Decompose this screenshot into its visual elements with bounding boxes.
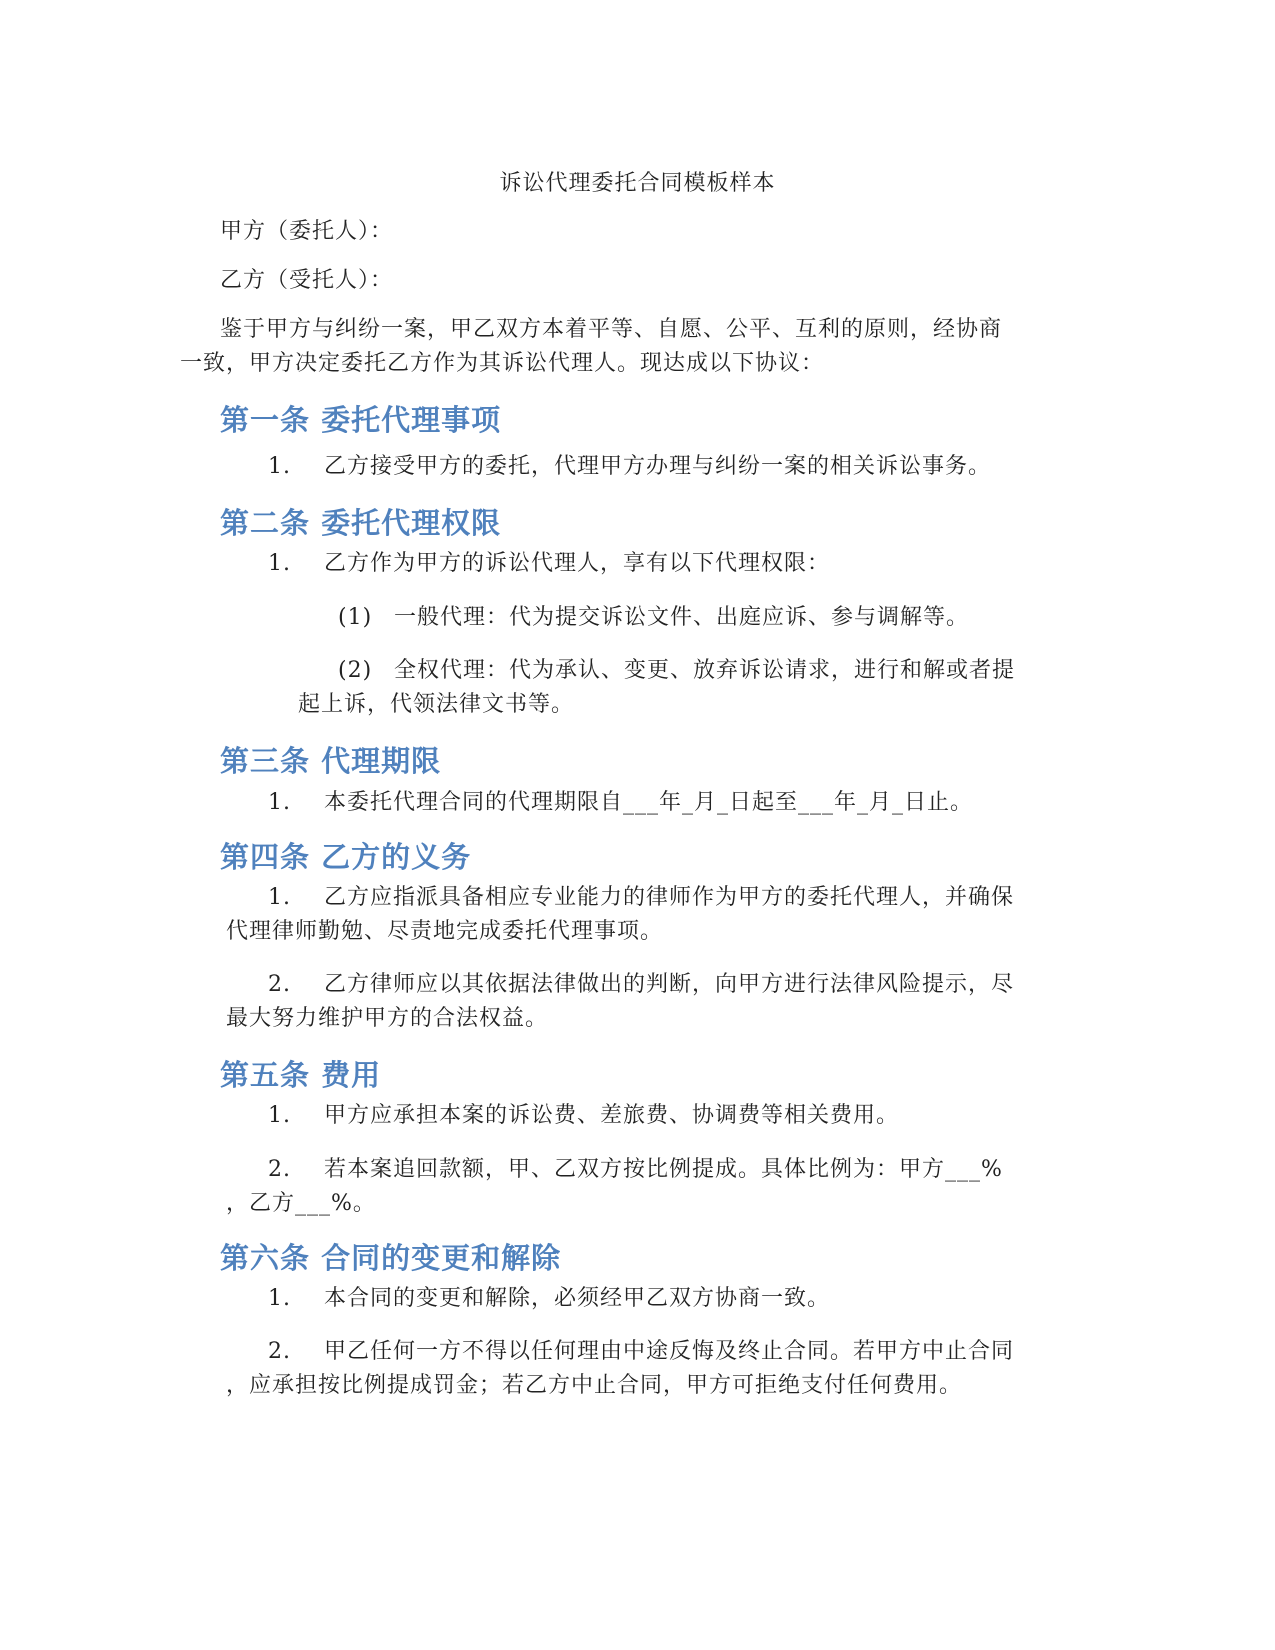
article-6-heading: 第六条 合同的变更和解除 xyxy=(220,1236,561,1277)
article-6-item-2: 2.甲乙任何一方不得以任何理由中途反悔及终止合同。若甲方中止合同 xyxy=(268,1334,1014,1365)
item-text: 乙方应指派具备相应专业能力的律师作为甲方的委托代理人，并确保 xyxy=(324,885,1014,910)
article-2-subitem-2-cont: 起上诉，代领法律文书等。 xyxy=(298,687,574,718)
article-1-heading: 第一条 委托代理事项 xyxy=(220,398,501,439)
item-number: 1. xyxy=(268,1286,324,1311)
preamble-line-2: 一致，甲方决定委托乙方作为其诉讼代理人。现达成以下协议： xyxy=(180,346,824,377)
item-number: 1. xyxy=(268,1103,324,1128)
article-5-heading: 第五条 费用 xyxy=(220,1053,381,1094)
article-1-item-1: 1.乙方接受甲方的委托，代理甲方办理与纠纷一案的相关诉讼事务。 xyxy=(268,449,991,480)
item-number: 2. xyxy=(268,1339,324,1364)
item-text: 乙方作为甲方的诉讼代理人，享有以下代理权限： xyxy=(324,551,830,576)
article-2-item-1: 1.乙方作为甲方的诉讼代理人，享有以下代理权限： xyxy=(268,546,830,577)
article-4-item-2-cont: 最大努力维护甲方的合法权益。 xyxy=(226,1001,548,1032)
item-text: 甲乙任何一方不得以任何理由中途反悔及终止合同。若甲方中止合同 xyxy=(324,1339,1014,1364)
article-5-item-2: 2.若本案追回款额，甲、乙双方按比例提成。具体比例为：甲方___% xyxy=(268,1152,1003,1183)
party-b-label: 乙方（受托人）： xyxy=(220,263,393,294)
item-text: 乙方接受甲方的委托，代理甲方办理与纠纷一案的相关诉讼事务。 xyxy=(324,454,991,479)
item-number: 1. xyxy=(268,885,324,910)
article-2-subitem-2: (2)全权代理：代为承认、变更、放弃诉讼请求，进行和解或者提 xyxy=(338,653,1015,684)
document-page: 诉讼代理委托合同模板样本 甲方（委托人）： 乙方（受托人）： 鉴于甲方与纠纷一案… xyxy=(0,0,1275,1650)
item-text: 本合同的变更和解除，必须经甲乙双方协商一致。 xyxy=(324,1286,830,1311)
article-5-item-2-cont: ，乙方___%。 xyxy=(226,1186,376,1217)
item-text: 乙方律师应以其依据法律做出的判断，向甲方进行法律风险提示，尽 xyxy=(324,972,1014,997)
item-text: 若本案追回款额，甲、乙双方按比例提成。具体比例为：甲方___% xyxy=(324,1157,1003,1182)
article-6-item-2-cont: ，应承担按比例提成罚金；若乙方中止合同，甲方可拒绝支付任何费用。 xyxy=(226,1368,962,1399)
article-2-subitem-1: (1)一般代理：代为提交诉讼文件、出庭应诉、参与调解等。 xyxy=(338,600,969,631)
article-2-heading: 第二条 委托代理权限 xyxy=(220,501,501,542)
article-4-item-1-cont: 代理律师勤勉、尽责地完成委托代理事项。 xyxy=(226,914,663,945)
subitem-text: 一般代理：代为提交诉讼文件、出庭应诉、参与调解等。 xyxy=(394,605,969,630)
item-number: 2. xyxy=(268,972,324,997)
item-text: 甲方应承担本案的诉讼费、差旅费、协调费等相关费用。 xyxy=(324,1103,899,1128)
item-text: 本委托代理合同的代理期限自___年_月_日起至___年_月_日止。 xyxy=(324,790,973,815)
article-3-heading: 第三条 代理期限 xyxy=(220,739,441,780)
item-number: 1. xyxy=(268,551,324,576)
party-a-label: 甲方（委托人）： xyxy=(220,214,393,245)
article-6-item-1: 1.本合同的变更和解除，必须经甲乙双方协商一致。 xyxy=(268,1281,830,1312)
item-number: 2. xyxy=(268,1157,324,1182)
article-3-item-1: 1.本委托代理合同的代理期限自___年_月_日起至___年_月_日止。 xyxy=(268,785,973,816)
subitem-number: (2) xyxy=(338,658,394,683)
article-4-item-2: 2.乙方律师应以其依据法律做出的判断，向甲方进行法律风险提示，尽 xyxy=(268,967,1014,998)
article-5-item-1: 1.甲方应承担本案的诉讼费、差旅费、协调费等相关费用。 xyxy=(268,1098,899,1129)
article-4-heading: 第四条 乙方的义务 xyxy=(220,835,471,876)
subitem-text: 全权代理：代为承认、变更、放弃诉讼请求，进行和解或者提 xyxy=(394,658,1015,683)
article-4-item-1: 1.乙方应指派具备相应专业能力的律师作为甲方的委托代理人，并确保 xyxy=(268,880,1014,911)
preamble-line-1: 鉴于甲方与纠纷一案，甲乙双方本着平等、自愿、公平、互利的原则，经协商 xyxy=(220,312,1002,343)
subitem-number: (1) xyxy=(338,605,394,630)
item-number: 1. xyxy=(268,790,324,815)
item-number: 1. xyxy=(268,454,324,479)
document-title: 诉讼代理委托合同模板样本 xyxy=(0,166,1275,197)
